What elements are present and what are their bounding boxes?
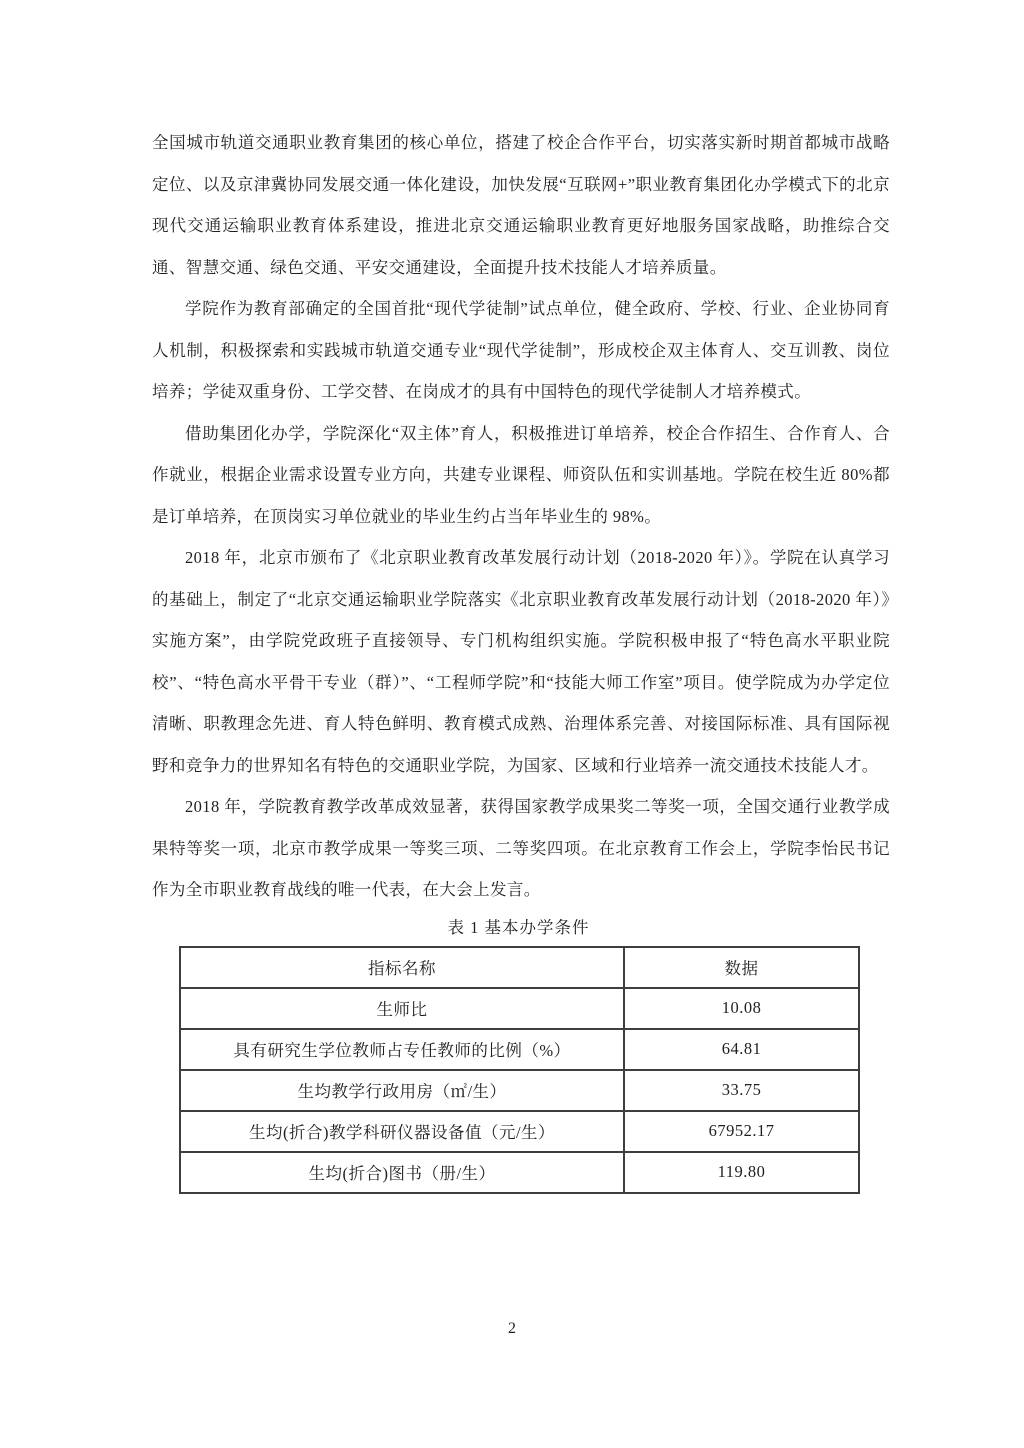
metric-name-cell: 具有研究生学位教师占专任教师的比例（%） [180, 1029, 624, 1070]
page-number: 2 [0, 1320, 1024, 1338]
metric-value-cell: 33.75 [624, 1070, 859, 1111]
paragraph: 2018 年，学院教育教学改革成效显著，获得国家教学成果奖二等奖一项，全国交通行… [152, 786, 890, 911]
table-caption: 表 1 基本办学条件 [179, 913, 858, 943]
body-text: 全国城市轨道交通职业教育集团的核心单位，搭建了校企合作平台，切实落实新时期首都城… [152, 122, 890, 1194]
paragraph: 借助集团化办学，学院深化“双主体”育人，积极推进订单培养，校企合作招生、合作育人… [152, 413, 890, 538]
metric-value-cell: 10.08 [624, 988, 859, 1029]
paragraph: 2018 年，北京市颁布了《北京职业教育改革发展行动计划（2018-2020 年… [152, 537, 890, 786]
paragraph: 全国城市轨道交通职业教育集团的核心单位，搭建了校企合作平台，切实落实新时期首都城… [152, 122, 890, 288]
metric-name-cell: 生均教学行政用房（㎡/生） [180, 1070, 624, 1111]
metric-value-header: 数据 [624, 947, 859, 988]
metric-value-cell: 64.81 [624, 1029, 859, 1070]
table-header-row: 指标名称 数据 [180, 947, 859, 988]
table-row: 生均(折合)图书（册/生） 119.80 [180, 1152, 859, 1193]
table-row: 生均教学行政用房（㎡/生） 33.75 [180, 1070, 859, 1111]
metric-name-cell: 生师比 [180, 988, 624, 1029]
basic-conditions-table: 指标名称 数据 生师比 10.08 具有研究生学位教师占专任教师的比例（%） 6… [179, 946, 860, 1194]
table-row: 生师比 10.08 [180, 988, 859, 1029]
metric-value-cell: 119.80 [624, 1152, 859, 1193]
basic-conditions-section: 表 1 基本办学条件 指标名称 数据 生师比 10.08 [152, 913, 890, 1194]
metric-name-cell: 生均(折合)图书（册/生） [180, 1152, 624, 1193]
metric-name-cell: 生均(折合)教学科研仪器设备值（元/生） [180, 1111, 624, 1152]
paragraph: 学院作为教育部确定的全国首批“现代学徒制”试点单位，健全政府、学校、行业、企业协… [152, 288, 890, 413]
metric-value-cell: 67952.17 [624, 1111, 859, 1152]
table-row: 具有研究生学位教师占专任教师的比例（%） 64.81 [180, 1029, 859, 1070]
metric-name-header: 指标名称 [180, 947, 624, 988]
document-page: 全国城市轨道交通职业教育集团的核心单位，搭建了校企合作平台，切实落实新时期首都城… [0, 0, 1024, 1448]
table-row: 生均(折合)教学科研仪器设备值（元/生） 67952.17 [180, 1111, 859, 1152]
